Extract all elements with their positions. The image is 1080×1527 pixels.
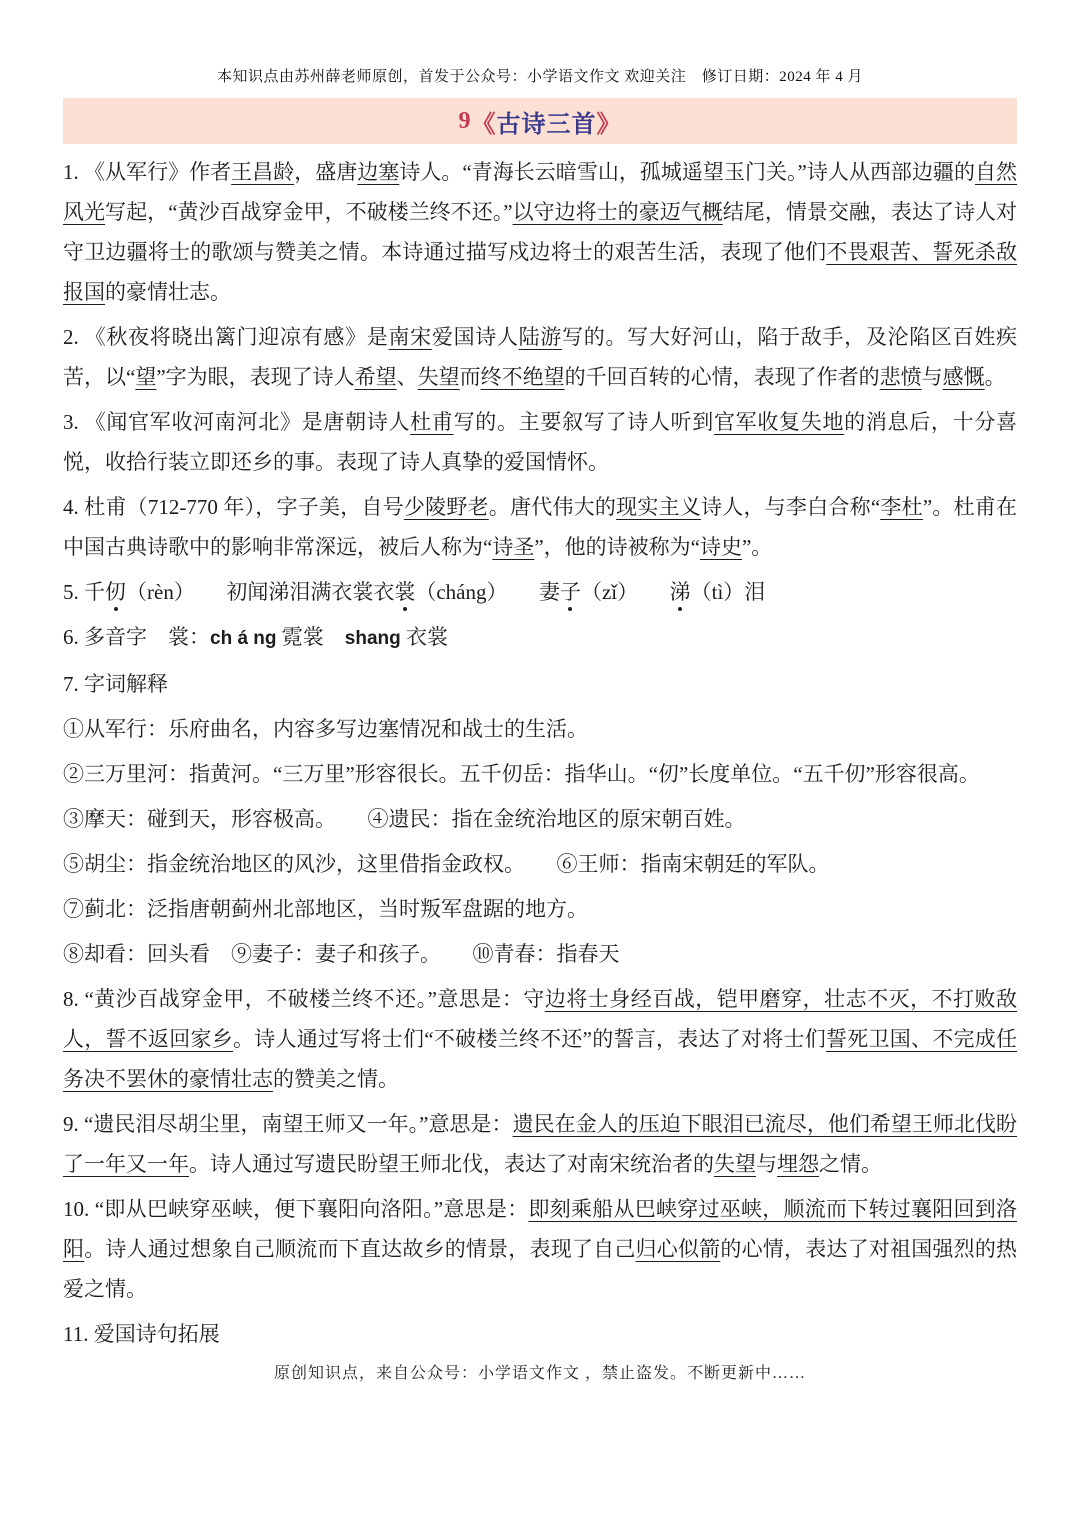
text-segment: 与	[922, 365, 943, 389]
underlined-text: 李杜	[880, 495, 923, 519]
text-segment: ”。	[742, 535, 772, 559]
text-segment: ”，他的诗被称为“	[534, 535, 700, 559]
dot-emphasis-text: 仞	[105, 580, 126, 604]
paragraphs: 1. 《从军行》作者王昌龄，盛唐边塞诗人。“青海长云暗雪山，孤城遥望玉门关。”诗…	[63, 152, 1017, 1354]
underlined-text: 官军收复失地	[714, 410, 844, 434]
paragraph: 4. 杜甫（712-770 年），字子美，自号少陵野老。唐代伟大的现实主义诗人，…	[63, 487, 1017, 567]
text-segment: 。诗人通过写遗民盼望王师北伐，表达了对南宋统治者的	[189, 1152, 714, 1176]
text-segment: ⑤胡尘：指金统治地区的风沙，这里借指金政权。 ⑥王师：指南宋朝廷的军队。	[63, 852, 830, 876]
underlined-text: 归心似箭	[636, 1237, 721, 1261]
text-segment: 8. “黄沙百战穿金甲，不破楼兰终不还。”意思是：守	[63, 987, 545, 1011]
text-segment: 而	[460, 365, 481, 389]
text-segment: 2. 《秋夜将晓出篱门迎凉有感》是	[63, 325, 388, 349]
paragraph: 11. 爱国诗句拓展	[63, 1314, 1017, 1354]
text-segment: 。	[985, 365, 1006, 389]
paragraph: ①从军行：乐府曲名，内容多写边塞情况和战士的生活。	[63, 709, 1017, 749]
text-segment: 10. “即从巴峡穿巫峡，便下襄阳向洛阳。”意思是：	[63, 1197, 528, 1221]
underlined-text: 失望	[714, 1152, 756, 1176]
dot-emphasis-text: 裳	[394, 580, 415, 604]
underlined-text: 希望	[355, 365, 397, 389]
text-segment: 7. 字词解释	[63, 672, 168, 696]
underlined-text: 悲愤	[880, 365, 922, 389]
text-segment: 的千回百转的心情，表现了作者的	[565, 365, 880, 389]
underlined-text: 失望	[418, 365, 460, 389]
paragraph: ⑧却看：回头看 ⑨妻子：妻子和孩子。 ⑩青春：指春天	[63, 934, 1017, 974]
underlined-text: 王昌龄	[231, 160, 294, 184]
text-segment: 。诗人通过想象自己顺流而下直达故乡的情景，表现了自己	[84, 1237, 635, 1261]
underlined-text: 以守边将士的豪迈气概	[513, 200, 723, 224]
text-segment: 写的。主要叙写了诗人听到	[454, 410, 714, 434]
paragraph: 3. 《闻官军收河南河北》是唐朝诗人杜甫写的。主要叙写了诗人听到官军收复失地的消…	[63, 402, 1017, 482]
dot-emphasis-text: 涕	[670, 580, 691, 604]
text-segment: 霓裳	[282, 625, 345, 649]
text-segment: 6. 多音字 裳：	[63, 625, 210, 649]
paragraph: 1. 《从军行》作者王昌龄，盛唐边塞诗人。“青海长云暗雪山，孤城遥望玉门关。”诗…	[63, 152, 1017, 312]
title-number: 9	[459, 108, 472, 135]
text-segment: ”字为眼，表现了诗人	[156, 365, 354, 389]
text-segment: ⑧却看：回头看 ⑨妻子：妻子和孩子。 ⑩青春：指春天	[63, 942, 620, 966]
pinyin-text: ch á ng	[210, 628, 282, 649]
text-segment: 9. “遗民泪尽胡尘里，南望王师又一年。”意思是：	[63, 1112, 513, 1136]
paragraph: ②三万里河：指黄河。“三万里”形容很长。五千仞岳：指华山。“仞”长度单位。“五千…	[63, 754, 1017, 794]
text-segment: 诗人，与李白合称“	[701, 495, 880, 519]
text-segment: ①从军行：乐府曲名，内容多写边塞情况和战士的生活。	[63, 717, 588, 741]
text-segment: 衣裳	[406, 625, 448, 649]
title-text: 古诗三首	[497, 104, 597, 139]
underlined-text: 诗史	[700, 535, 742, 559]
title-banner: 9《古诗三首》	[63, 98, 1017, 144]
paragraph: ⑤胡尘：指金统治地区的风沙，这里借指金政权。 ⑥王师：指南宋朝廷的军队。	[63, 844, 1017, 884]
paragraph: 5. 千仞（rèn） 初闻涕泪满衣裳衣裳（cháng） 妻子（zǐ） 涕（tì）…	[63, 572, 1017, 612]
paragraph: ③摩天：碰到天，形容极高。 ④遗民：指在金统治地区的原宋朝百姓。	[63, 799, 1017, 839]
text-segment: 11. 爱国诗句拓展	[63, 1322, 220, 1346]
text-segment: 写起，“黄沙百战穿金甲，不破楼兰终不还。”	[105, 200, 513, 224]
document-page: 本知识点由苏州薛老师原创，首发于公众号：小学语文作文 欢迎关注 修订日期：202…	[0, 0, 1080, 1383]
underlined-text: 少陵野老	[404, 495, 489, 519]
underlined-text: 埋怨	[777, 1152, 819, 1176]
text-segment: （cháng） 妻	[415, 580, 560, 604]
text-segment: 1. 《从军行》作者	[63, 160, 231, 184]
paragraph: 6. 多音字 裳：ch á ng 霓裳 shang 衣裳	[63, 617, 1017, 659]
text-segment: 的赞美之情。	[273, 1067, 399, 1091]
text-segment: ⑦蓟北：泛指唐朝蓟州北部地区，当时叛军盘踞的地方。	[63, 897, 588, 921]
pinyin-text: shang	[345, 628, 406, 649]
header-note: 本知识点由苏州薛老师原创，首发于公众号：小学语文作文 欢迎关注 修订日期：202…	[0, 0, 1080, 88]
text-segment: ②三万里河：指黄河。“三万里”形容很长。五千仞岳：指华山。“仞”长度单位。“五千…	[63, 762, 980, 786]
paragraph: ⑦蓟北：泛指唐朝蓟州北部地区，当时叛军盘踞的地方。	[63, 889, 1017, 929]
text-segment: （rèn） 初闻涕泪满衣裳衣	[126, 580, 394, 604]
text-segment: 的豪情壮志。	[105, 280, 231, 304]
text-segment: 。唐代伟大的	[489, 495, 616, 519]
text-segment: （zǐ）	[581, 580, 670, 604]
underlined-text: 现实主义	[616, 495, 701, 519]
footer-note: 原创知识点，来自公众号：小学语文作文 ，禁止盗发。不断更新中……	[0, 1360, 1080, 1383]
text-segment: ③摩天：碰到天，形容极高。 ④遗民：指在金统治地区的原宋朝百姓。	[63, 807, 746, 831]
underlined-text: 南宋	[388, 325, 431, 349]
text-segment: 3. 《闻官军收河南河北》是唐朝诗人	[63, 410, 410, 434]
underlined-text: 边塞	[357, 160, 399, 184]
text-segment: 诗人。“青海长云暗雪山，孤城遥望玉门关。”诗人从西部边疆的	[399, 160, 975, 184]
paragraph: 9. “遗民泪尽胡尘里，南望王师又一年。”意思是：遗民在金人的压迫下眼泪已流尽，…	[63, 1104, 1017, 1184]
underlined-text: 终不绝望	[481, 365, 565, 389]
text-segment: 与	[756, 1152, 777, 1176]
text-segment: 5. 千	[63, 580, 105, 604]
paragraph: 10. “即从巴峡穿巫峡，便下襄阳向洛阳。”意思是：即刻乘船从巴峡穿过巫峡，顺流…	[63, 1189, 1017, 1309]
text-segment: 之情。	[819, 1152, 882, 1176]
underlined-text: 感慨	[943, 365, 985, 389]
title-open-bracket: 《	[472, 104, 497, 139]
title-close-bracket: 》	[597, 104, 622, 139]
underlined-text: 杜甫	[410, 410, 453, 434]
paragraph: 8. “黄沙百战穿金甲，不破楼兰终不还。”意思是：守边将士身经百战，铠甲磨穿，壮…	[63, 979, 1017, 1099]
text-segment: 爱国诗人	[432, 325, 519, 349]
paragraph: 7. 字词解释	[63, 664, 1017, 704]
text-segment: ，盛唐	[294, 160, 357, 184]
dot-emphasis-text: 子	[560, 580, 581, 604]
underlined-text: 望	[135, 365, 156, 389]
text-segment: （tì）泪	[691, 580, 766, 604]
underlined-text: 陆游	[519, 325, 562, 349]
text-segment: 。诗人通过写将士们“不破楼兰终不还”的誓言，表达了对将士们	[233, 1027, 826, 1051]
paragraph: 2. 《秋夜将晓出篱门迎凉有感》是南宋爱国诗人陆游写的。写大好河山，陷于敌手，及…	[63, 317, 1017, 397]
text-segment: 4. 杜甫（712-770 年），字子美，自号	[63, 495, 404, 519]
text-segment: 、	[397, 365, 418, 389]
underlined-text: 诗圣	[492, 535, 534, 559]
